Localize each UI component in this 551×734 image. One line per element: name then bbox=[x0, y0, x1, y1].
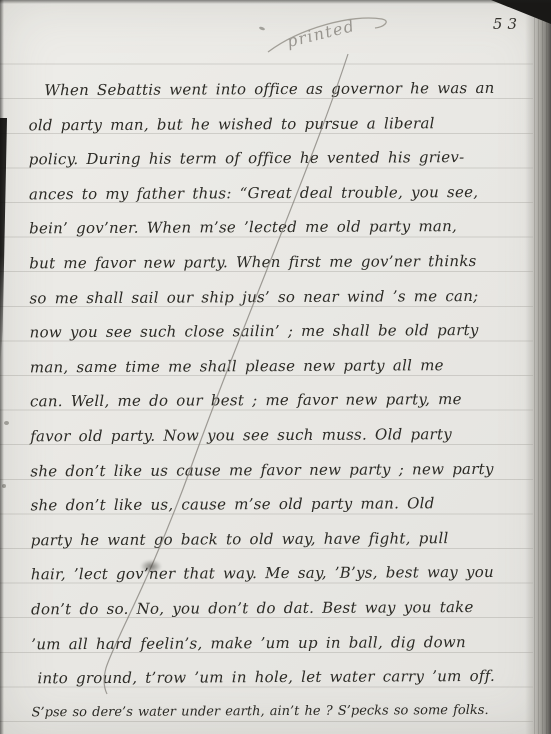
manuscript-line: favor old party. Now you see such muss. … bbox=[30, 417, 535, 454]
paper-speck bbox=[4, 421, 9, 425]
ink-smudge bbox=[136, 557, 166, 576]
manuscript-line: When Sebattis went into office as govern… bbox=[28, 71, 533, 108]
manuscript-line: man, same time me shall please new party… bbox=[30, 347, 535, 384]
manuscript-line: bein’ gov’ner. When m’se ’lected me old … bbox=[29, 209, 534, 246]
manuscript-line: she don’t like us cause me favor new par… bbox=[30, 451, 535, 488]
pencil-annotation: printed bbox=[285, 16, 357, 51]
scan-left-edge bbox=[0, 0, 4, 734]
manuscript-line: old party man, but he wished to pursue a… bbox=[28, 105, 533, 142]
manuscript-line: hair, ’lect gov’ner that way. Me say, ’B… bbox=[31, 555, 536, 592]
manuscript-line: S’pse so dere’s water under earth, ain’t… bbox=[32, 693, 537, 730]
manuscript-line: now you see such close sailin’ ; me shal… bbox=[30, 313, 535, 350]
handwritten-text: When Sebattis went into office as govern… bbox=[28, 71, 536, 731]
manuscript-line: party he want go back to old way, have f… bbox=[31, 520, 536, 557]
manuscript-line: she don’t like us, cause m’se old party … bbox=[30, 486, 535, 523]
scan-top-edge bbox=[0, 0, 551, 4]
manuscript-line: can. Well, me do our best ; me favor new… bbox=[30, 382, 535, 419]
page-number: 53 bbox=[493, 15, 522, 33]
manuscript-line: don’t do so. No, you don’t do dat. Best … bbox=[31, 590, 536, 627]
paper-speck bbox=[259, 26, 266, 31]
page-edge-streaks bbox=[534, 0, 548, 734]
manuscript-line: so me shall sail our ship jus’ so near w… bbox=[29, 278, 534, 315]
manuscript-line: policy. During his term of office he ven… bbox=[29, 140, 534, 177]
manuscript-line: into ground, t’row ’um in hole, let wate… bbox=[31, 659, 536, 696]
manuscript-line: ’um all hard feelin’s, make ’um up in ba… bbox=[31, 624, 536, 661]
manuscript-line: ances to my father thus: “Great deal tro… bbox=[29, 174, 534, 211]
manuscript-line: but me favor new party. When first me go… bbox=[29, 244, 534, 281]
book-binding-edge bbox=[525, 0, 551, 734]
scanned-manuscript-page: 53 printed When Sebattis went into offic… bbox=[0, 0, 551, 734]
